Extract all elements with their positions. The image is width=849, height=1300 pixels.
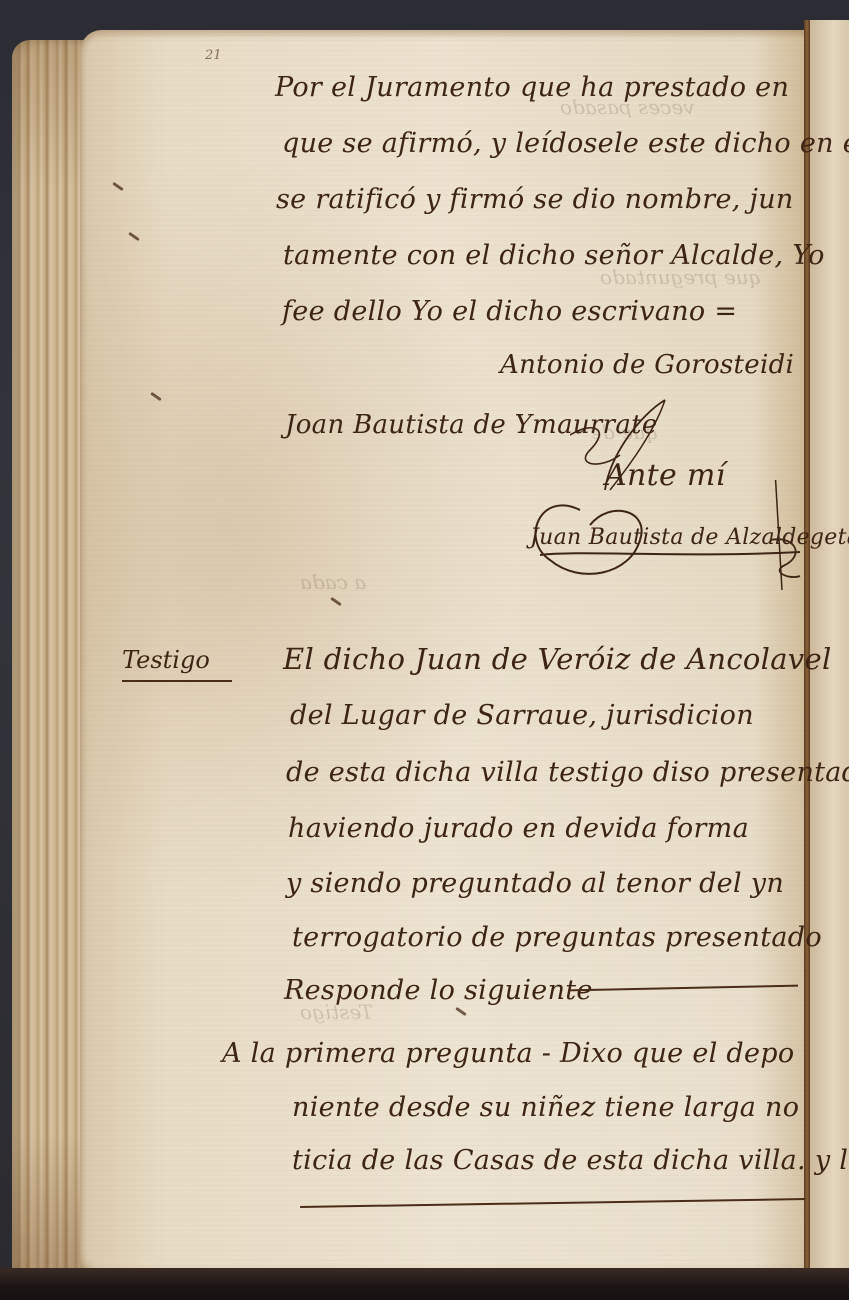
text-line: niente desde su niñez tiene larga no (292, 1092, 799, 1123)
text-line: ticia de las Casas de esta dicha villa. … (292, 1145, 849, 1176)
text-line: haviendo jurado en devida forma (288, 813, 749, 844)
signature-flourish (570, 395, 680, 495)
text-line: El dicho Juan de Veróiz de Ancolavel (283, 642, 832, 676)
signature-antonio-de-gorosteidi: Antonio de Gorosteidi (500, 350, 794, 380)
text-line: del Lugar de Sarraue, jurisdicion (290, 700, 754, 731)
text-line: Responde lo siguiente (284, 975, 593, 1006)
text-line: terrogatorio de preguntas presentado (292, 922, 822, 953)
notary-paraph-flourish (520, 480, 810, 600)
bleed-through-text: a cada (300, 570, 366, 594)
text-line: Por el Juramento que ha prestado en (275, 72, 789, 103)
text-line: tamente con el dicho señor Alcalde, Yo (283, 240, 825, 271)
margin-note-testigo: Testigo (122, 646, 232, 682)
text-line: que se afirmó, y leídosele este dicho en… (282, 128, 849, 159)
text-line: A la primera pregunta - Dixo que el depo (222, 1038, 794, 1069)
folio-number: 21 (205, 48, 222, 63)
text-line: se ratificó y firmó se dio nombre, jun (276, 184, 794, 215)
text-line: fee dello Yo el dicho escrivano = (282, 296, 737, 327)
text-line: y siendo preguntado al tenor del yn (286, 868, 784, 899)
manuscript-photo: veces pasado que preguntado que de a cad… (0, 0, 849, 1300)
text-line: de esta dicha villa testigo diso present… (286, 757, 849, 788)
